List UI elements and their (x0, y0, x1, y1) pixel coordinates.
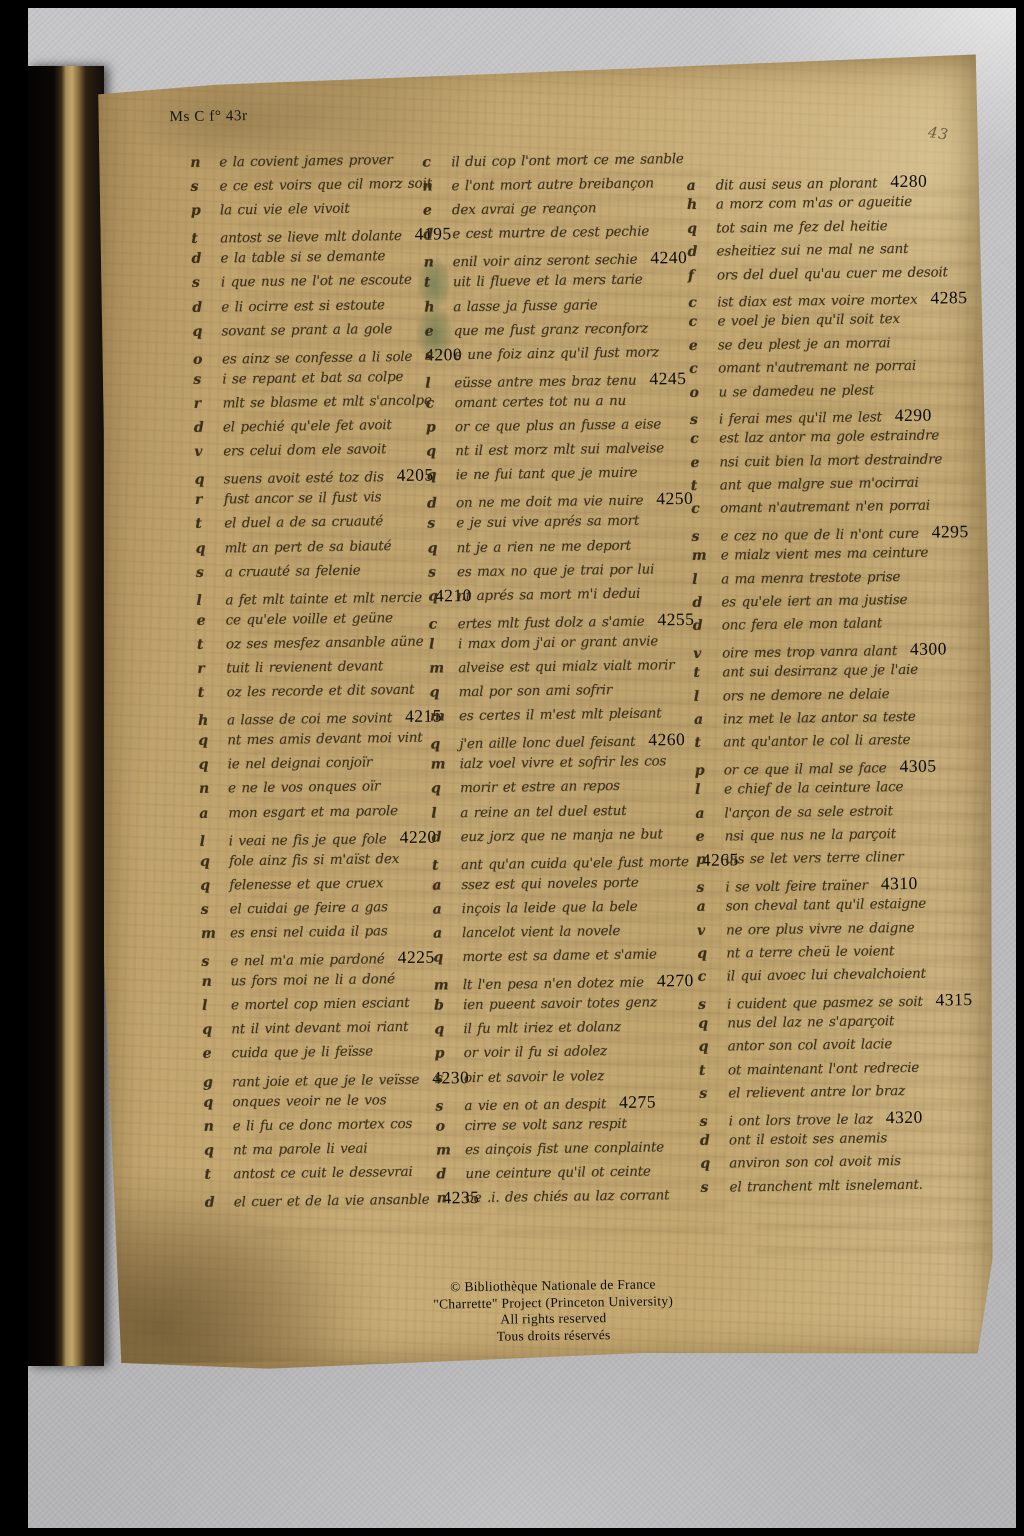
line-text: inz met le laz antor sa teste (723, 709, 916, 728)
line-initial: q (433, 949, 462, 965)
line-text: que me fust granz reconforz (454, 320, 649, 339)
line-initial: s (690, 411, 719, 427)
line-text: dex avrai ge reançon (452, 200, 597, 218)
line-text: inçois la leide que la bele (462, 899, 638, 917)
line-text: ant sui desirranz que je l'aie (722, 662, 918, 681)
line-number: 4295 (932, 521, 969, 543)
line-initial: q (427, 467, 456, 483)
line-initial: t (191, 231, 220, 247)
line-initial: l (431, 805, 460, 821)
line-text: e une foiz ainz qu'il fust morz (454, 344, 659, 363)
line-initial: h (424, 299, 453, 315)
line-initial: c (688, 295, 717, 311)
line-text: oir et savoir le volez (464, 1068, 604, 1086)
line-text: el tranchent mlt isnelemant. (730, 1177, 923, 1196)
line-initial: q (430, 736, 459, 752)
line-text: e li ocirre est si estoute (221, 297, 385, 315)
line-number: 4260 (648, 729, 685, 751)
line-text: el cuidai ge feire a gas (230, 899, 388, 917)
line-initial: q (196, 540, 225, 556)
line-initial: c (429, 616, 458, 632)
manuscript-line: sel tranchent mlt isnelemant. (701, 1176, 980, 1203)
line-text: u se damedeu ne plest (718, 382, 874, 400)
line-text: ot maintenant l'ont redrecie (728, 1060, 919, 1079)
line-text: es ainz se confesse a li sole (222, 349, 412, 368)
line-text: a vie en ot an despit (464, 1096, 606, 1114)
line-initial: q (426, 443, 455, 459)
line-initial: t (432, 857, 461, 873)
line-text: onques veoir ne le vos (232, 1092, 386, 1110)
line-text: une ceinture qu'il ot ceinte (465, 1164, 650, 1183)
line-text: us fors moi ne li a doné (231, 971, 395, 989)
line-number: 4245 (649, 368, 686, 390)
line-initial: d (205, 1194, 234, 1210)
line-text: on ne me doit ma vie nuire (456, 493, 644, 512)
line-text: antost ce cuit le dessevrai (233, 1164, 412, 1183)
line-initial: s (201, 954, 230, 970)
text-column-c: adit ausi seus an plorant4280ha morz com… (686, 170, 980, 1203)
line-text: e l'ont mort autre breibançon (452, 176, 654, 195)
line-initial: c (688, 314, 717, 330)
line-text: e ne le vos onques oïr (228, 779, 380, 797)
line-text: lt l'en pesa n'en dotez mie (463, 975, 644, 994)
line-initial: t (195, 516, 224, 532)
line-initial: n (199, 781, 228, 797)
line-initial: o (689, 384, 718, 400)
line-initial: a (433, 901, 462, 917)
line-initial: s (425, 347, 454, 363)
line-text: es max no que je trai por lui (457, 561, 654, 580)
line-text: ie ne fui tant que je muire (456, 465, 638, 484)
line-initial: q (200, 877, 229, 893)
line-initial: p (191, 203, 220, 219)
line-initial: d (192, 251, 221, 267)
line-initial: d (693, 618, 722, 634)
line-number: 4315 (935, 989, 972, 1011)
line-text: onc fera ele mon talant (722, 616, 883, 634)
line-initial: h (198, 713, 227, 729)
line-initial: q (434, 1022, 463, 1038)
line-initial: n (423, 178, 452, 194)
line-text: oz ses mesfez ansanble aüne (226, 634, 424, 653)
line-text: ce qu'ele voille et geüne (226, 610, 393, 628)
line-initial: t (424, 275, 453, 291)
line-initial: s (696, 879, 725, 895)
line-text: nsi cuit bien la mort destraindre (719, 451, 942, 470)
line-initial: l (429, 636, 458, 652)
line-text: a cruauté sa felenie (225, 562, 361, 580)
line-text: nt il vint devant moi riant (231, 1019, 408, 1037)
line-initial: q (193, 323, 222, 339)
line-initial: r (195, 492, 224, 508)
line-text: e cest murtre de cest pechie (452, 224, 649, 243)
line-text: cuida que je li feïsse (232, 1044, 374, 1062)
line-initial: m (431, 757, 460, 773)
line-initial: c (691, 501, 720, 517)
line-text: morir et estre an repos (460, 778, 620, 796)
line-initial: s (435, 1098, 464, 1114)
line-text: uis se let vers terre cliner (725, 849, 904, 867)
line-initial: t (699, 1062, 728, 1078)
line-text: sovant se prant a la gole (222, 321, 393, 339)
line-text: ant qu'an cuida qu'ele fust morte (461, 854, 689, 873)
line-text: ne ore plus vivre ne daigne (726, 919, 915, 938)
line-initial: q (431, 781, 460, 797)
line-initial: a (432, 877, 461, 893)
line-number: 4270 (657, 970, 694, 992)
line-initial: t (197, 636, 226, 652)
line-text: ont il estoit ses anemis (729, 1130, 887, 1148)
line-initial: s (190, 179, 219, 195)
line-number: 4275 (619, 1091, 656, 1113)
line-text: e la table si se demante (221, 249, 386, 267)
line-initial: t (694, 735, 723, 751)
line-text: ien pueent savoir totes genz (463, 995, 657, 1014)
line-text: a fet mlt tainte et mlt nercie (225, 589, 422, 608)
line-initial: q (697, 945, 726, 961)
line-initial: d (192, 299, 221, 315)
line-initial: s (701, 1179, 730, 1195)
line-text: enil voir ainz seront sechie (453, 252, 638, 271)
line-initial: r (194, 395, 223, 411)
line-initial: s (201, 901, 230, 917)
line-text: est laz antor ma gole estraindre (719, 428, 939, 447)
line-number: 4300 (910, 638, 947, 660)
line-initial: n (202, 974, 231, 990)
line-text: or ce que il mal se face (724, 760, 887, 778)
line-text: l'arçon de sa sele estroit (724, 803, 893, 821)
line-initial: s (435, 1070, 464, 1086)
line-text: ertes mlt fust dolz a s'amie (458, 613, 645, 632)
line-number: 4240 (650, 247, 687, 269)
line-initial: q (198, 733, 227, 749)
line-text: a ma menra trestote prise (721, 569, 900, 587)
line-initial: l (695, 782, 724, 798)
line-initial: p (435, 1046, 464, 1062)
line-initial: q (202, 1022, 231, 1038)
line-initial: p (696, 852, 725, 868)
line-initial: a (687, 178, 716, 194)
line-initial: d (700, 1132, 729, 1148)
line-text: i cuident que pasmez se soit (727, 993, 923, 1012)
manuscript-line: noe .i. des chiés au laz corrant (437, 1186, 744, 1214)
line-number: 4290 (895, 404, 932, 426)
line-initial: m (429, 660, 458, 676)
line-initial: e (425, 323, 454, 339)
line-initial: n (437, 1190, 466, 1206)
line-initial: q (699, 1039, 728, 1055)
line-initial: c (690, 431, 719, 447)
line-initial: l (692, 571, 721, 587)
line-text: el pechié qu'ele fet avoit (223, 417, 392, 435)
line-text: nt aprés sa mort m'i dedui (457, 585, 640, 604)
line-initial: d (692, 595, 721, 611)
line-text: fole ainz fis si m'aïst dex (229, 851, 399, 869)
line-text: i veai ne fis je que fole (229, 831, 387, 849)
book-spine-gutter (28, 66, 104, 1366)
line-text: antost se lieve mlt dolante (220, 228, 402, 247)
line-text: ialz voel vivre et sofrir les cos (460, 754, 667, 773)
line-initial: s (427, 516, 456, 532)
line-initial: c (689, 361, 718, 377)
line-initial: s (700, 1113, 729, 1129)
line-text: e nel m'a mie pardoné (230, 951, 384, 969)
line-number: 4250 (656, 488, 693, 510)
line-initial: t (693, 665, 722, 681)
line-text: morte est sa dame et s'amie (462, 947, 657, 966)
line-initial: s (428, 564, 457, 580)
line-text: son cheval tant qu'il estaigne (726, 896, 927, 915)
line-initial: q (199, 757, 228, 773)
line-initial: s (699, 1086, 728, 1102)
line-initial: s (193, 371, 222, 387)
line-text: ors del duel qu'au cuer me desoit (717, 264, 948, 283)
line-initial: q (200, 853, 229, 869)
line-initial: o (193, 351, 222, 367)
line-text: ssez est qui noveles porte (461, 875, 638, 893)
line-text: dit ausi seus an plorant (716, 175, 878, 193)
line-text: el duel a de sa cruauté (224, 514, 383, 532)
shelfmark-label: Ms C f° 43r (170, 108, 248, 126)
line-initial: d (436, 1166, 465, 1182)
line-number: 4305 (899, 755, 936, 777)
line-text: e ce est voirs que cil morz soit (219, 176, 431, 195)
line-number: 4280 (890, 171, 927, 193)
line-text: i se repant et bat sa colpe (222, 369, 403, 388)
line-initial: a (697, 899, 726, 915)
line-text: i se volt feire traïner (725, 877, 868, 895)
line-text: cirre se volt sanz respit (465, 1116, 627, 1134)
line-text: nus del laz ne s'aparçoit (727, 1013, 894, 1031)
line-text: a lasse ja fusse garie (453, 297, 597, 315)
line-initial: b (434, 997, 463, 1013)
line-text: uit li flueve et la mers tarie (453, 272, 643, 291)
line-text: es qu'ele iert an ma justise (721, 592, 907, 611)
line-initial: l (202, 998, 231, 1014)
line-initial: f (688, 267, 717, 283)
line-text: j'en aille lonc duel feisant (459, 734, 635, 752)
line-text: anviron son col avoit mis (729, 1153, 901, 1171)
line-number: 4255 (657, 609, 694, 631)
line-initial: m (201, 925, 230, 941)
line-initial: n (190, 154, 219, 170)
line-initial: e (690, 454, 719, 470)
line-initial: t (204, 1166, 233, 1182)
line-text: antor son col avoit lacie (728, 1037, 893, 1055)
line-text: oire mes trop vanra alant (722, 643, 897, 661)
line-text: el cuer et de la vie ansanble (234, 1192, 430, 1211)
line-text: i max dom j'ai or grant anvie (458, 633, 658, 652)
line-text: omant certes tot nu a nu (455, 393, 627, 411)
line-initial: q (430, 684, 459, 700)
line-initial: q (428, 540, 457, 556)
line-initial: q (203, 1094, 232, 1110)
line-initial: t (691, 478, 720, 494)
line-initial: r (197, 660, 226, 676)
line-text: tot sain me fez del heitie (716, 218, 888, 236)
line-text: i ferai mes qu'il me lest (719, 409, 882, 427)
line-text: ers celui dom ele savoit (223, 441, 386, 459)
line-text: felenesse et que cruex (229, 875, 383, 893)
line-text: ors ne demore ne delaie (723, 686, 890, 704)
line-initial: l (694, 688, 723, 704)
line-text: fust ancor se il fust vis (224, 490, 382, 508)
line-initial: v (697, 922, 726, 938)
line-text: nt ma parole li veai (233, 1140, 368, 1158)
line-initial: l (196, 592, 225, 608)
line-initial: e (696, 828, 725, 844)
line-initial: a (199, 805, 228, 821)
line-initial: p (426, 419, 455, 435)
line-text: e mialz vient mes ma ceinture (721, 545, 929, 564)
line-text: i ont lors trove le laz (729, 1111, 873, 1129)
line-initial: a (433, 925, 462, 941)
line-text: ist diax est max voire mortex (717, 292, 917, 311)
line-number: 4320 (886, 1106, 923, 1128)
line-text: omant n'autremant ne porrai (718, 358, 916, 377)
line-text: suens avoit esté toz dis (224, 469, 384, 487)
line-initial: o (436, 1118, 465, 1134)
line-text: nt je a rien ne me deport (457, 537, 632, 555)
line-text: il dui cop l'ont mort ce me sanble (451, 151, 684, 170)
line-number: 4225 (397, 947, 434, 969)
line-initial: v (693, 645, 722, 661)
line-initial: a (695, 805, 724, 821)
line-initial: e (197, 612, 226, 628)
line-text: nsi que nus ne la parçoit (725, 826, 896, 844)
line-number: 4285 (930, 287, 967, 309)
line-text: es certes il m'est mlt pleisant (459, 706, 662, 725)
line-text: a reine an tel duel estut (460, 802, 626, 820)
line-initial: q (687, 220, 716, 236)
line-initial: q (195, 472, 224, 488)
line-text: es ainçois fist une conplainte (465, 1139, 664, 1158)
line-initial: s (196, 564, 225, 580)
line-text: e chief de la ceinture lace (724, 779, 903, 797)
line-initial: l (425, 375, 454, 391)
line-text: or voir il fu si adolez (464, 1044, 607, 1062)
line-text: ant qu'antor le col li areste (723, 732, 910, 751)
line-text: nt il est morz mlt sui malveise (455, 440, 664, 459)
line-text: tuit li revienent devant (226, 658, 383, 676)
line-text: nt a terre cheü le voient (726, 943, 894, 961)
line-initial: q (700, 1156, 729, 1172)
line-initial: d (194, 420, 223, 436)
line-initial: s (192, 275, 221, 291)
line-text: mlt se blasme et mlt s'ancolpe (223, 392, 432, 411)
line-text: eüsse antre mes braz tenu (454, 373, 636, 392)
line-initial: d (687, 244, 716, 260)
line-text: e li fu ce donc mortex cos (233, 1116, 413, 1135)
line-initial: m (434, 977, 463, 993)
line-text: il qui avoec lui chevalchoient (727, 966, 926, 985)
line-text: oe .i. des chiés au laz corrant (466, 1187, 670, 1206)
line-text: e voel je bien qu'il soit tex (717, 311, 900, 330)
line-initial: c (422, 154, 451, 170)
line-initial: d (432, 829, 461, 845)
line-text: es ensi nel cuida il pas (230, 923, 388, 941)
line-initial: q (428, 588, 457, 604)
line-initial: l (200, 833, 229, 849)
line-text: mal por son ami sofrir (459, 682, 613, 700)
line-text: euz jorz que ne manja ne but (461, 826, 663, 845)
line-initial: t (198, 685, 227, 701)
line-initial: g (203, 1074, 232, 1090)
line-text: i que nus ne l'ot ne escoute (221, 272, 412, 291)
line-text: mon esgart et ma parole (228, 803, 398, 821)
line-initial: p (695, 762, 724, 778)
line-text: lancelot vient la novele (462, 923, 620, 941)
line-initial: n (424, 255, 453, 271)
copyright-block: © Bibliothèque Nationale de France "Char… (106, 1272, 1001, 1350)
line-text: oz les recorde et dit sovant (227, 682, 415, 701)
line-text: se deu plest je an morrai (718, 335, 891, 353)
line-initial: q (204, 1142, 233, 1158)
line-initial: s (698, 996, 727, 1012)
line-text: il fu mlt iriez et dolanz (463, 1019, 621, 1037)
line-text: e je sui vive aprés sa mort (456, 513, 639, 532)
line-initial: s (691, 528, 720, 544)
line-initial: e (203, 1046, 232, 1062)
line-initial: m (692, 548, 721, 564)
line-text: a morz com m'as or agueitie (716, 194, 912, 213)
line-text: e la covient james prover (219, 152, 393, 170)
line-text: a lasse de coi me sovint (227, 710, 392, 728)
line-text: rant joie et que je le veïsse (232, 1071, 419, 1090)
line-text: alveise est qui mialz vialt morir (458, 657, 674, 676)
line-initial: e (423, 202, 452, 218)
line-text: ie nel deignai conjoïr (228, 755, 373, 773)
line-text: esheitiez sui ne mal ne sant (716, 241, 908, 260)
line-initial: d (427, 496, 456, 512)
line-text: e cez no que de li n'ont cure (720, 526, 918, 545)
manuscript-page: Ms C f° 43r 43 ne la covient james prove… (89, 52, 1001, 1376)
line-initial: n (204, 1118, 233, 1134)
folio-number: 43 (927, 123, 950, 144)
line-text: ant que malgre sue m'ocirrai (720, 475, 919, 494)
line-initial: c (698, 969, 727, 985)
line-initial: h (687, 197, 716, 213)
line-initial: d (423, 227, 452, 243)
line-text: omant n'autremant n'en porrai (720, 498, 930, 517)
line-number: 4310 (881, 873, 918, 895)
line-text: or ce que plus an fusse a eise (455, 416, 661, 435)
line-initial: m (436, 1142, 465, 1158)
line-text: el relievent antre lor braz (728, 1083, 905, 1101)
line-initial: c (426, 395, 455, 411)
line-initial: a (694, 711, 723, 727)
line-text: e mortel cop mien esciant (231, 995, 410, 1013)
line-text: mlt an pert de sa biauté (225, 538, 392, 556)
line-initial: e (689, 337, 718, 353)
line-initial: m (430, 708, 459, 724)
line-text: nt mes amis devant moi vint (227, 730, 422, 749)
line-initial: v (194, 444, 223, 460)
line-text: la cui vie ele vivoit (220, 201, 350, 219)
line-initial: q (698, 1016, 727, 1032)
